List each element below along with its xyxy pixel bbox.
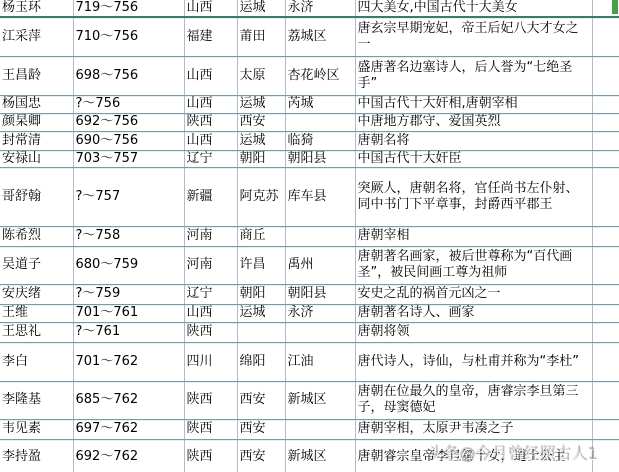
cell-province[interactable]: 四川 [184, 342, 237, 381]
cell-city[interactable]: 运城 [237, 131, 285, 150]
cell-district[interactable]: 荔城区 [285, 17, 355, 56]
table-row[interactable]: 封常清 690～756 山西 运城 临猗 唐朝名将 [0, 131, 619, 150]
cell-province[interactable]: 陕西 [184, 419, 237, 439]
cell-city[interactable]: 绵阳 [237, 342, 285, 381]
selection-handle[interactable] [612, 0, 618, 14]
cell-empty[interactable] [592, 322, 619, 342]
table-row[interactable]: 王昌龄 698～756 山西 太原 杏花岭区 盛唐著名边塞诗人，后人誉为“七绝圣… [0, 56, 619, 95]
cell-district[interactable] [285, 322, 355, 342]
cell-life-years[interactable]: 697～762 [73, 419, 184, 439]
cell-person-name[interactable]: 杨国忠 [0, 95, 73, 113]
cell-province[interactable]: 山西 [184, 95, 237, 113]
cell-empty[interactable] [592, 381, 619, 419]
cell-city[interactable]: 运城 [237, 0, 285, 17]
cell-empty[interactable] [592, 226, 619, 246]
cell-life-years[interactable]: ?～759 [73, 284, 184, 304]
table-row[interactable]: 李白 701～762 四川 绵阳 江油 唐代诗人，诗仙，与杜甫并称为“李杜” [0, 342, 619, 381]
cell-life-years[interactable]: ?～758 [73, 226, 184, 246]
table-row[interactable]: 杨国忠 ?～756 山西 运城 芮城 中国古代十大奸相,唐朝宰相 [0, 95, 619, 113]
cell-description[interactable]: 四大美女,中国古代十大美女 [355, 0, 592, 17]
cell-district[interactable]: 朝阳县 [285, 150, 355, 167]
cell-person-name[interactable]: 杨玉环 [0, 0, 73, 17]
cell-empty[interactable] [592, 17, 619, 56]
cell-description[interactable]: 唐朝睿宗皇帝李旦第十女，道士公主 [355, 439, 592, 472]
cell-life-years[interactable]: ?～756 [73, 95, 184, 113]
cell-city[interactable]: 西安 [237, 113, 285, 131]
cell-description[interactable]: 唐玄宗早期宠妃，帝王后妃八大才女之一 [355, 17, 592, 56]
cell-province[interactable]: 陕西 [184, 381, 237, 419]
cell-province[interactable]: 陕西 [184, 322, 237, 342]
cell-province[interactable]: 辽宁 [184, 150, 237, 167]
cell-description[interactable]: 唐代诗人，诗仙，与杜甫并称为“李杜” [355, 342, 592, 381]
cell-province[interactable]: 辽宁 [184, 284, 237, 304]
cell-province[interactable]: 陕西 [184, 113, 237, 131]
cell-life-years[interactable]: 698～756 [73, 56, 184, 95]
cell-description[interactable]: 安史之乱的祸首元凶之一 [355, 284, 592, 304]
cell-person-name[interactable]: 吴道子 [0, 246, 73, 284]
cell-district[interactable]: 新城区 [285, 439, 355, 472]
data-table: 杨玉环 719～756 山西 运城 永济 四大美女,中国古代十大美女 江采萍 7… [0, 0, 619, 472]
cell-empty[interactable] [592, 439, 619, 472]
cell-city[interactable]: 运城 [237, 95, 285, 113]
cell-person-name[interactable]: 王维 [0, 304, 73, 322]
cell-life-years[interactable]: 719～756 [73, 0, 184, 17]
cell-province[interactable]: 河南 [184, 226, 237, 246]
cell-district[interactable] [285, 419, 355, 439]
cell-province[interactable]: 山西 [184, 0, 237, 17]
cell-city[interactable]: 运城 [237, 304, 285, 322]
table-row[interactable]: 王维 701～761 山西 运城 永济 唐朝著名诗人、画家 [0, 304, 619, 322]
cell-life-years[interactable]: 710～756 [73, 17, 184, 56]
cell-city[interactable]: 西安 [237, 439, 285, 472]
cell-life-years[interactable]: 685～762 [73, 381, 184, 419]
cell-empty[interactable] [592, 167, 619, 226]
cell-description[interactable]: 唐朝宰相 [355, 226, 592, 246]
cell-district[interactable]: 新城区 [285, 381, 355, 419]
cell-description[interactable]: 唐朝著名诗人、画家 [355, 304, 592, 322]
cell-description[interactable]: 唐朝将领 [355, 322, 592, 342]
cell-province[interactable]: 山西 [184, 304, 237, 322]
cell-description[interactable]: 盛唐著名边塞诗人，后人誉为“七绝圣手” [355, 56, 592, 95]
cell-person-name[interactable]: 王思礼 [0, 322, 73, 342]
table-row[interactable]: 陈希烈 ?～758 河南 商丘 唐朝宰相 [0, 226, 619, 246]
cell-empty[interactable] [592, 419, 619, 439]
cell-life-years[interactable]: 703～757 [73, 150, 184, 167]
table-row[interactable]: 哥舒翰 ?～757 新疆 阿克苏 库车县 突厥人，唐朝名将，官任尚书左仆射、同中… [0, 167, 619, 226]
cell-district[interactable] [285, 226, 355, 246]
table-row[interactable]: 韦见素 697～762 陕西 西安 唐朝宰相，太原尹韦凑之子 [0, 419, 619, 439]
cell-life-years[interactable]: 690～756 [73, 131, 184, 150]
cell-empty[interactable] [592, 113, 619, 131]
cell-empty[interactable] [592, 342, 619, 381]
cell-person-name[interactable]: 封常清 [0, 131, 73, 150]
cell-district[interactable]: 芮城 [285, 95, 355, 113]
cell-city[interactable]: 朝阳 [237, 284, 285, 304]
cell-province[interactable]: 山西 [184, 131, 237, 150]
cell-city[interactable]: 阿克苏 [237, 167, 285, 226]
cell-life-years[interactable]: 692～762 [73, 439, 184, 472]
cell-empty[interactable] [592, 56, 619, 95]
cell-district[interactable]: 临猗 [285, 131, 355, 150]
cell-district[interactable]: 江油 [285, 342, 355, 381]
table-body: 杨玉环 719～756 山西 运城 永济 四大美女,中国古代十大美女 江采萍 7… [0, 0, 619, 472]
cell-province[interactable]: 新疆 [184, 167, 237, 226]
table-row[interactable]: 吴道子 680～759 河南 许昌 禹州 唐朝著名画家，被后世尊称为“百代画圣”… [0, 246, 619, 284]
table-row[interactable]: 安庆绪 ?～759 辽宁 朝阳 朝阳县 安史之乱的祸首元凶之一 [0, 284, 619, 304]
cell-person-name[interactable]: 韦见素 [0, 419, 73, 439]
cell-district[interactable]: 禹州 [285, 246, 355, 284]
cell-life-years[interactable]: 680～759 [73, 246, 184, 284]
cell-city[interactable]: 商丘 [237, 226, 285, 246]
cell-person-name[interactable]: 江采萍 [0, 17, 73, 56]
table-row[interactable]: 安禄山 703～757 辽宁 朝阳 朝阳县 中国古代十大奸臣 [0, 150, 619, 167]
cell-city[interactable]: 许昌 [237, 246, 285, 284]
cell-empty[interactable] [592, 95, 619, 113]
cell-life-years[interactable]: 701～761 [73, 304, 184, 322]
cell-person-name[interactable]: 颜杲卿 [0, 113, 73, 131]
cell-description[interactable]: 中国古代十大奸臣 [355, 150, 592, 167]
cell-district[interactable]: 永济 [285, 0, 355, 17]
cell-description[interactable]: 突厥人，唐朝名将，官任尚书左仆射、同中书门下平章事，封爵西平郡王 [355, 167, 592, 226]
cell-city[interactable]: 太原 [237, 56, 285, 95]
cell-province[interactable]: 陕西 [184, 439, 237, 472]
cell-city[interactable]: 西安 [237, 419, 285, 439]
cell-empty[interactable] [592, 131, 619, 150]
cell-description[interactable]: 唐朝在位最久的皇帝，唐睿宗李旦第三子，母窦德妃 [355, 381, 592, 419]
table-row[interactable]: 李持盈 692～762 陕西 西安 新城区 唐朝睿宗皇帝李旦第十女，道士公主 [0, 439, 619, 472]
cell-district[interactable]: 朝阳县 [285, 284, 355, 304]
table-row[interactable]: 李隆基 685～762 陕西 西安 新城区 唐朝在位最久的皇帝，唐睿宗李旦第三子… [0, 381, 619, 419]
cell-description[interactable]: 中国古代十大奸相,唐朝宰相 [355, 95, 592, 113]
spreadsheet-view: 杨玉环 719～756 山西 运城 永济 四大美女,中国古代十大美女 江采萍 7… [0, 0, 619, 472]
cell-empty[interactable] [592, 150, 619, 167]
cell-person-name[interactable]: 王昌龄 [0, 56, 73, 95]
cell-person-name[interactable]: 李持盈 [0, 439, 73, 472]
cell-city[interactable]: 西安 [237, 381, 285, 419]
cell-district[interactable]: 库车县 [285, 167, 355, 226]
cell-province[interactable]: 山西 [184, 56, 237, 95]
cell-district[interactable] [285, 113, 355, 131]
cell-empty[interactable] [592, 284, 619, 304]
cell-life-years[interactable]: ?～757 [73, 167, 184, 226]
cell-empty[interactable] [592, 246, 619, 284]
cell-province[interactable]: 河南 [184, 246, 237, 284]
cell-person-name[interactable]: 李隆基 [0, 381, 73, 419]
cell-description[interactable]: 唐朝著名画家，被后世尊称为“百代画圣”，被民间画工尊为祖师 [355, 246, 592, 284]
cell-description[interactable]: 唐朝宰相，太原尹韦凑之子 [355, 419, 592, 439]
cell-district[interactable]: 杏花岭区 [285, 56, 355, 95]
cell-description[interactable]: 唐朝名将 [355, 131, 592, 150]
cell-city[interactable]: 莆田 [237, 17, 285, 56]
cell-life-years[interactable]: 701～762 [73, 342, 184, 381]
table-row[interactable]: 江采萍 710～756 福建 莆田 荔城区 唐玄宗早期宠妃，帝王后妃八大才女之一 [0, 17, 619, 56]
cell-life-years[interactable]: ?～761 [73, 322, 184, 342]
cell-life-years[interactable]: 692～756 [73, 113, 184, 131]
cell-description[interactable]: 中唐地方郡守、爱国英烈 [355, 113, 592, 131]
cell-district[interactable]: 永济 [285, 304, 355, 322]
cell-person-name[interactable]: 李白 [0, 342, 73, 381]
cell-province[interactable]: 福建 [184, 17, 237, 56]
cell-city[interactable] [237, 322, 285, 342]
cell-person-name[interactable]: 陈希烈 [0, 226, 73, 246]
cell-city[interactable]: 朝阳 [237, 150, 285, 167]
cell-person-name[interactable]: 哥舒翰 [0, 167, 73, 226]
cell-person-name[interactable]: 安禄山 [0, 150, 73, 167]
cell-person-name[interactable]: 安庆绪 [0, 284, 73, 304]
table-row[interactable]: 杨玉环 719～756 山西 运城 永济 四大美女,中国古代十大美女 [0, 0, 619, 17]
table-row[interactable]: 颜杲卿 692～756 陕西 西安 中唐地方郡守、爱国英烈 [0, 113, 619, 131]
table-row[interactable]: 王思礼 ?～761 陕西 唐朝将领 [0, 322, 619, 342]
cell-empty[interactable] [592, 304, 619, 322]
